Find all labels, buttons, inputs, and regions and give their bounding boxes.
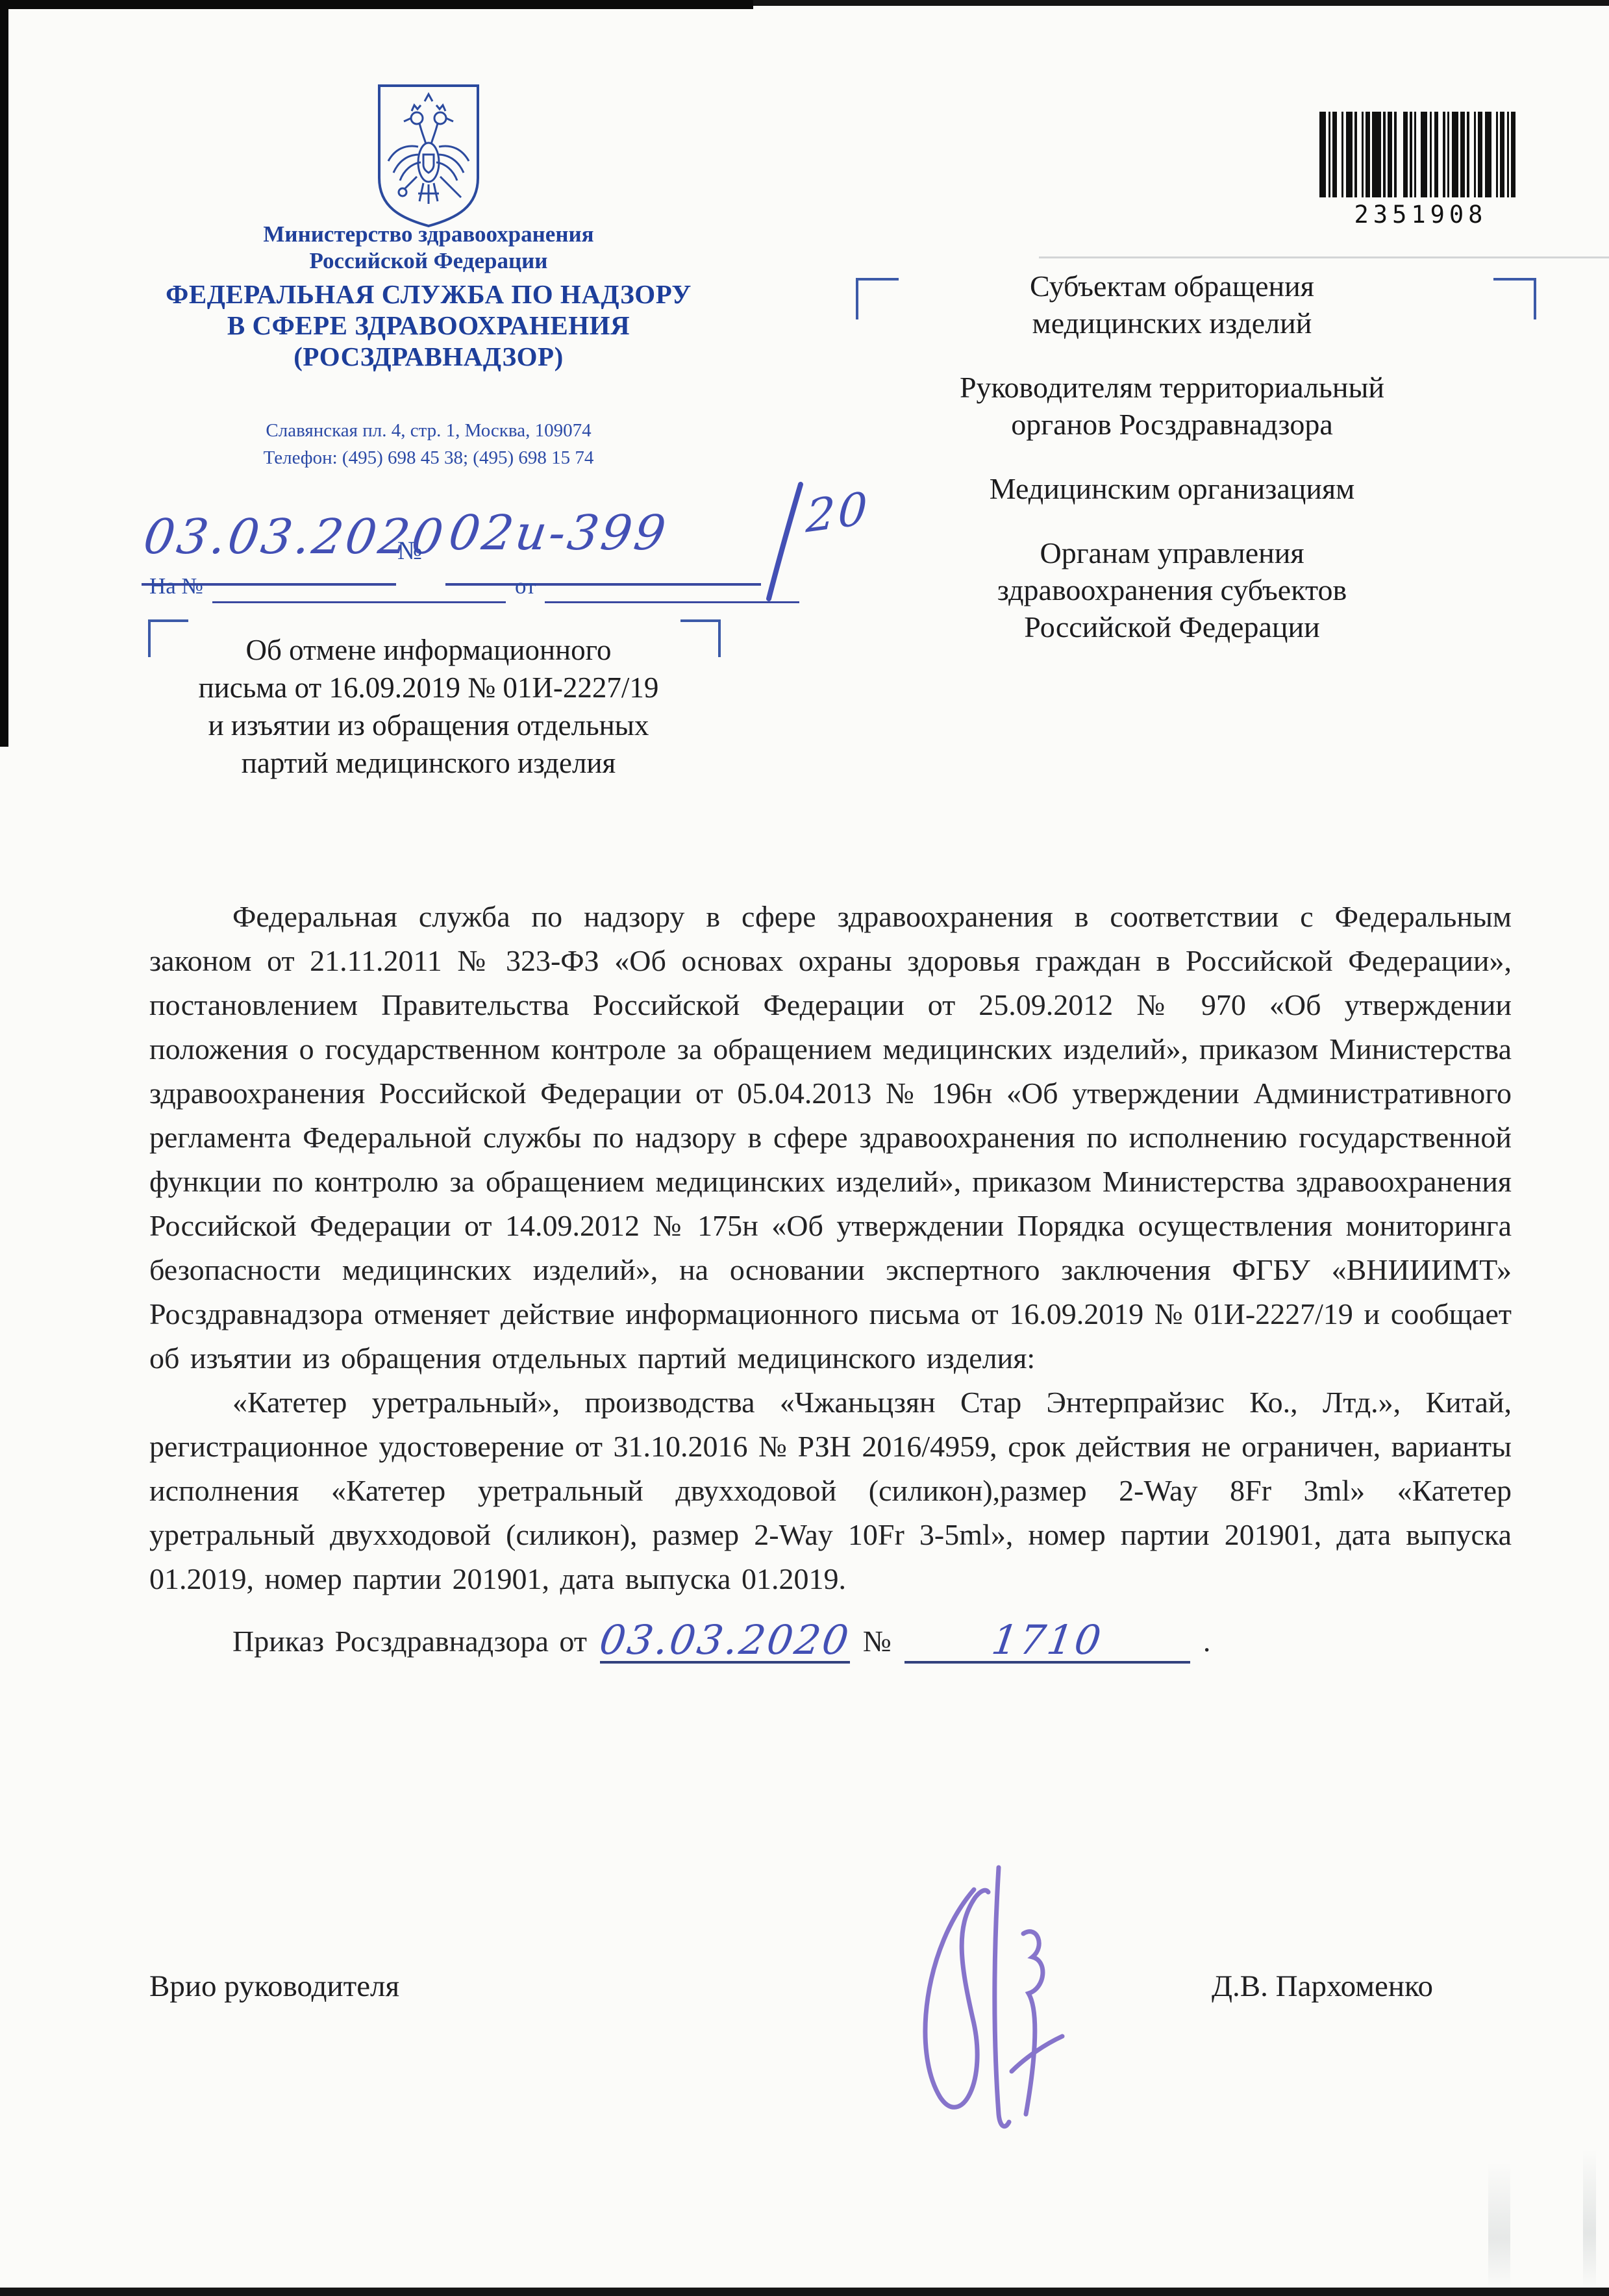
document-page: { "colors": { "letterhead_blue": "#1d3e9… — [0, 0, 1609, 2296]
order-number-slot: 1710 — [904, 1612, 1190, 1664]
body-text: Федеральная служба по надзору в сфере зд… — [149, 895, 1512, 1664]
na-no-label: На № — [149, 573, 203, 603]
recipient-item: Медицинским организациям — [864, 470, 1480, 507]
signature-scribble — [878, 1856, 1075, 2149]
recipient-item: Органам управления здравоохранения субъе… — [864, 534, 1480, 645]
signer-name: Д.В. Пархоменко — [1212, 1969, 1433, 2004]
russia-coat-of-arms-icon — [374, 82, 483, 230]
recipient-item: Субъектам обращения медицинских изделий — [864, 268, 1480, 342]
scan-artifact-left-edge — [0, 0, 8, 747]
body-paragraph-2: «Катетер уретральный», производства «Чжа… — [149, 1380, 1512, 1601]
address-and-phone: Славянская пл. 4, стр. 1, Москва, 109074… — [117, 417, 740, 471]
barcode: 2351908 — [1319, 112, 1522, 229]
order-number-sign: № — [863, 1619, 892, 1664]
recipient-item: Руководителям территориальный органов Ро… — [864, 369, 1480, 443]
order-prefix: Приказ Росздравнадзора от — [232, 1619, 587, 1664]
handwritten-order-date: 03.03.2020 — [597, 1619, 853, 1661]
signer-title: Врио руководителя — [149, 1969, 399, 2004]
order-period: . — [1203, 1619, 1211, 1664]
reference-number-blank — [212, 571, 506, 603]
handwritten-order-number: 1710 — [989, 1619, 1105, 1661]
recipients-list: Субъектам обращения медицинских изделий … — [864, 268, 1480, 673]
ministry-name: Министерство здравоохранения Российской … — [117, 221, 740, 274]
order-date-slot: 03.03.2020 — [600, 1612, 850, 1664]
scan-artifact-bottom-edge — [0, 2288, 1609, 2296]
barcode-bars — [1319, 112, 1522, 197]
ot-label: от — [515, 573, 536, 603]
scan-artifact-streak — [1583, 2149, 1596, 2289]
scan-artifact-top-left-edge — [0, 0, 753, 9]
recipients-corner-mark-right — [1493, 278, 1536, 319]
subject-text: Об отмене информационного письма от 16.0… — [159, 631, 698, 782]
reference-row: На № от — [149, 571, 808, 603]
order-line: Приказ Росздравнадзора от 03.03.2020 № 1… — [149, 1612, 1512, 1664]
scan-artifact-line — [1039, 256, 1609, 258]
handwritten-number: 02и-399 — [445, 505, 671, 561]
barcode-number: 2351908 — [1319, 201, 1522, 229]
scan-artifact-streak — [1488, 2162, 1510, 2289]
handwritten-number-suffix: 20 — [805, 482, 871, 543]
reference-date-blank — [545, 571, 799, 603]
number-sign: № — [397, 535, 422, 566]
service-name: ФЕДЕРАЛЬНАЯ СЛУЖБА ПО НАДЗОРУ В СФЕРЕ ЗД… — [97, 279, 760, 372]
body-paragraph-1: Федеральная служба по надзору в сфере зд… — [149, 895, 1512, 1380]
